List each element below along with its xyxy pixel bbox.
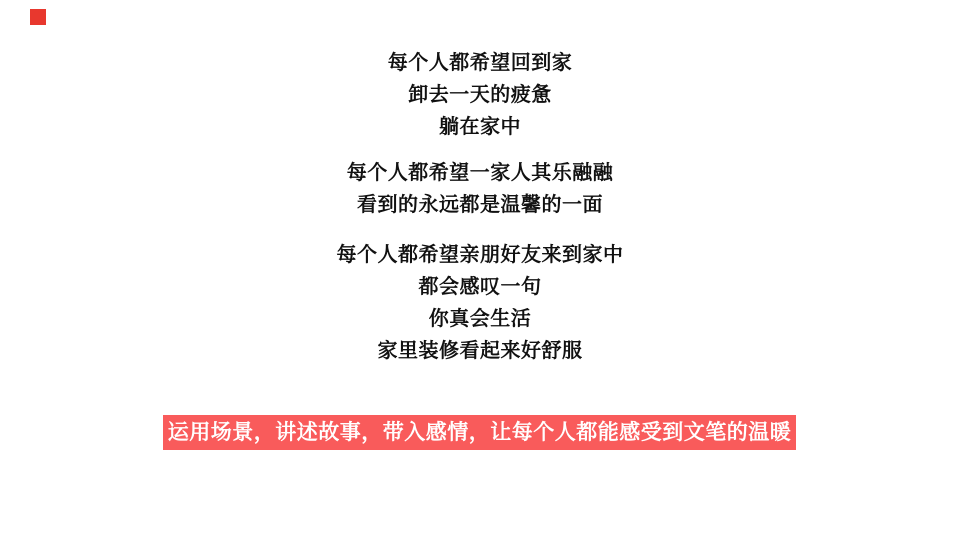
text-line: 躺在家中 (0, 111, 960, 143)
text-line: 家里装修看起来好舒服 (0, 335, 960, 367)
paragraph-guests-praise: 每个人都希望亲朋好友来到家中 都会感叹一句 你真会生活 家里装修看起来好舒服 (0, 239, 960, 367)
text-line: 你真会生活 (0, 303, 960, 335)
accent-square-decoration (30, 9, 46, 25)
paragraph-coming-home: 每个人都希望回到家 卸去一天的疲惫 躺在家中 (0, 47, 960, 143)
text-line: 每个人都希望亲朋好友来到家中 (0, 239, 960, 271)
presentation-slide: 每个人都希望回到家 卸去一天的疲惫 躺在家中 每个人都希望一家人其乐融融 看到的… (0, 0, 960, 540)
text-line: 看到的永远都是温馨的一面 (0, 189, 960, 221)
text-line: 每个人都希望一家人其乐融融 (0, 157, 960, 189)
slide-body-text: 每个人都希望回到家 卸去一天的疲惫 躺在家中 每个人都希望一家人其乐融融 看到的… (0, 47, 960, 367)
summary-banner: 运用场景，讲述故事，带入感情，让每个人都能感受到文笔的温暖 (163, 415, 796, 450)
text-line: 每个人都希望回到家 (0, 47, 960, 79)
paragraph-family-harmony: 每个人都希望一家人其乐融融 看到的永远都是温馨的一面 (0, 157, 960, 221)
text-line: 卸去一天的疲惫 (0, 79, 960, 111)
text-line: 都会感叹一句 (0, 271, 960, 303)
